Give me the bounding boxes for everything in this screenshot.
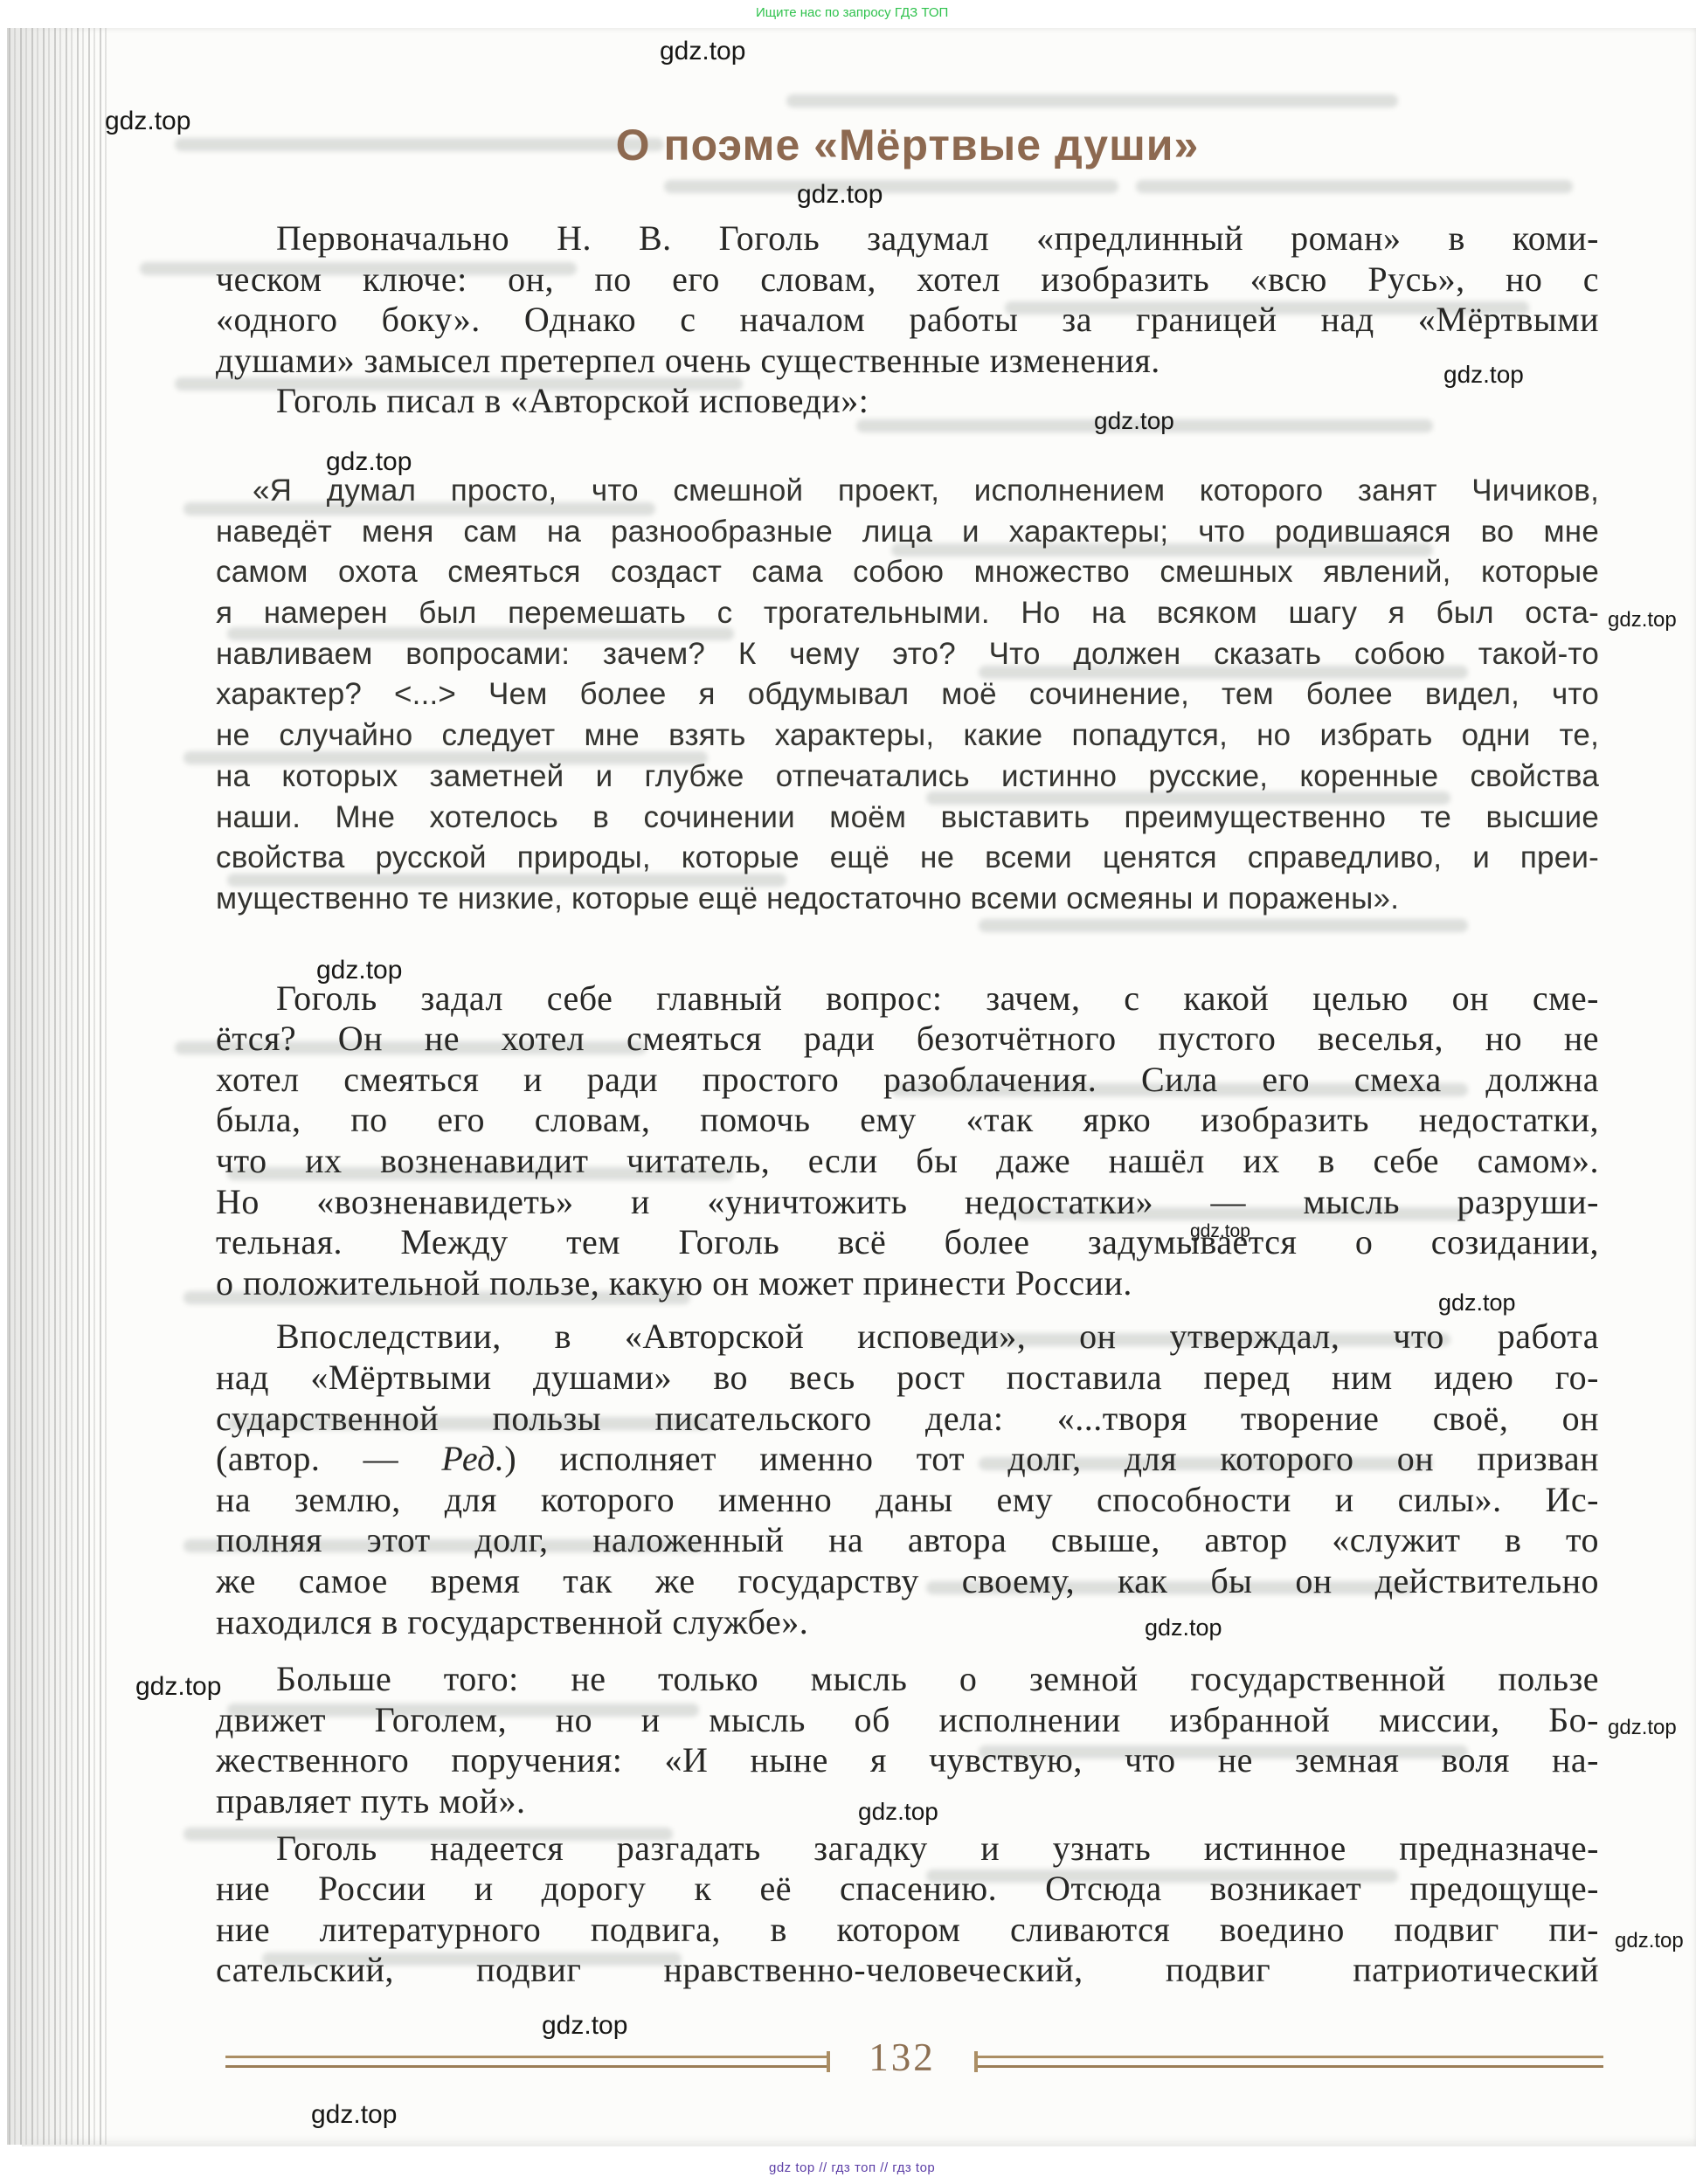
paragraph: Гоголь задал себе главный вопрос: зачем,… [216,978,1599,1304]
ghost-smudge [786,94,1398,107]
text-run: ) исполняет именно тот долг, для которог… [504,1439,1599,1478]
watermark-stamp: gdz.top [105,107,190,136]
watermark-stamp: gdz.top [858,1798,938,1826]
text-line: сударственной пользы писательского дела:… [216,1399,1599,1440]
footer-rule-right [976,2056,1603,2068]
watermark-stamp: gdz.top [1443,361,1524,389]
book-spine-edge [7,28,107,2145]
text-line: ческом ключе: он, по его словам, хотел и… [216,259,1599,301]
text-line: душами» замысел претерпел очень существе… [216,341,1599,382]
promo-footer-note: gdz top // гдз топ // гдз top [769,2160,935,2177]
paragraph: Первоначально Н. В. Гоголь задумал «пред… [216,218,1599,381]
watermark-stamp: gdz.top [1145,1614,1222,1641]
text-line: наши. Мне хотелось в сочинении моём выст… [216,798,1599,839]
watermark-stamp: gdz.top [1608,1716,1677,1740]
text-line: свойства русской природы, которые ещё не… [216,838,1599,879]
text-line: Больше того: не только мысль о земной го… [216,1659,1599,1700]
text-line: не случайно следует мне взять характеры,… [216,715,1599,757]
text-line: жественного поручения: «И ныне я чувству… [216,1740,1599,1781]
text-line: Гоголь писал в «Авторской исповеди»: [216,381,1599,422]
text-line: я намерен был перемешать с трогательными… [216,593,1599,634]
text-line: тельная. Между тем Гоголь всё более заду… [216,1222,1599,1263]
watermark-stamp: gdz.top [135,1672,221,1702]
watermark-stamp: gdz.top [542,2011,627,2041]
ghost-smudge [664,180,1118,193]
text-line: самом охота смеяться создаст сама собою … [216,552,1599,593]
text-line: Но «возненавидеть» и «уничтожить недоста… [216,1182,1599,1223]
italic-text-run: Ред. [441,1439,504,1478]
text-line: наведёт меня сам на разнообразные лица и… [216,512,1599,553]
watermark-stamp: gdz.top [660,37,745,66]
text-line: что их возненавидит читатель, если бы да… [216,1141,1599,1182]
ghost-smudge [1136,180,1573,193]
text-line: Впоследствии, в «Авторской исповеди», он… [216,1317,1599,1358]
paragraph: Впоследствии, в «Авторской исповеди», он… [216,1317,1599,1642]
scanned-book-page: Ищите нас по запросу ГДЗ ТОП О поэме «Мё… [0,0,1696,2184]
paragraph: Гоголь писал в «Авторской исповеди»: [216,381,1599,422]
watermark-stamp: gdz.top [316,956,402,985]
text-line: ние России и дорогу к её спасению. Отсюд… [216,1869,1599,1910]
text-line: находился в государственной службе». [216,1602,1599,1643]
text-line: полняя этот долг, наложенный на автора с… [216,1520,1599,1561]
page-number: 132 [830,2038,974,2077]
text-line: мущественно те низкие, которые ещё недос… [216,879,1599,920]
text-line: была, по его словам, помочь ему «так ярк… [216,1100,1599,1141]
text-line: движет Гоголем, но и мысль об исполнении… [216,1700,1599,1741]
watermark-stamp: gdz.top [311,2100,397,2130]
page-title: О поэме «Мёртвые души» [216,121,1599,171]
watermark-stamp: gdz.top [1608,608,1677,632]
text-line: (автор. — Ред.) исполняет именно тот дол… [216,1439,1599,1480]
text-line: ётся? Он не хотел смеяться ради безотчёт… [216,1019,1599,1060]
text-line: навливаем вопросами: зачем? К чему это? … [216,634,1599,675]
text-line: «Я думал просто, что смешной проект, исп… [216,471,1599,512]
watermark-stamp: gdz.top [326,447,412,477]
text-line: Гоголь надеется разгадать загадку и узна… [216,1828,1599,1870]
watermark-stamp: gdz.top [797,180,883,210]
text-line: о положительной пользе, какую он может п… [216,1263,1599,1304]
text-line: же самое время так же государству своему… [216,1561,1599,1602]
text-line: на землю, для которого именно даны ему с… [216,1480,1599,1521]
text-line: Гоголь задал себе главный вопрос: зачем,… [216,978,1599,1019]
text-line: «одного боку». Однако с началом работы з… [216,300,1599,341]
text-line: характер? <...> Чем более я обдумывал мо… [216,674,1599,715]
watermark-stamp: gdz.top [1094,407,1174,435]
watermark-stamp: gdz.top [1438,1289,1516,1317]
watermark-stamp: gdz.top [1615,1929,1684,1953]
text-run: (автор. — [216,1439,441,1478]
text-line: на которых заметней и глубже отпечаталис… [216,757,1599,798]
paragraph: Гоголь надеется разгадать загадку и узна… [216,1828,1599,1991]
text-column: Первоначально Н. В. Гоголь задумал «пред… [216,218,1599,1991]
watermark-stamp: gdz.top [1190,1221,1250,1242]
text-line: сательский, подвиг нравственно-человечес… [216,1950,1599,1991]
promo-header-note: Ищите нас по запросу ГДЗ ТОП [756,4,948,22]
text-line: Первоначально Н. В. Гоголь задумал «пред… [216,218,1599,259]
text-line: хотел смеяться и ради простого разоблаче… [216,1060,1599,1101]
quote-paragraph: «Я думал просто, что смешной проект, исп… [216,471,1599,920]
footer-rule-left [225,2056,828,2068]
text-line: над «Мёртвыми душами» во весь рост поста… [216,1358,1599,1399]
text-line: ние литературного подвига, в котором сли… [216,1910,1599,1951]
